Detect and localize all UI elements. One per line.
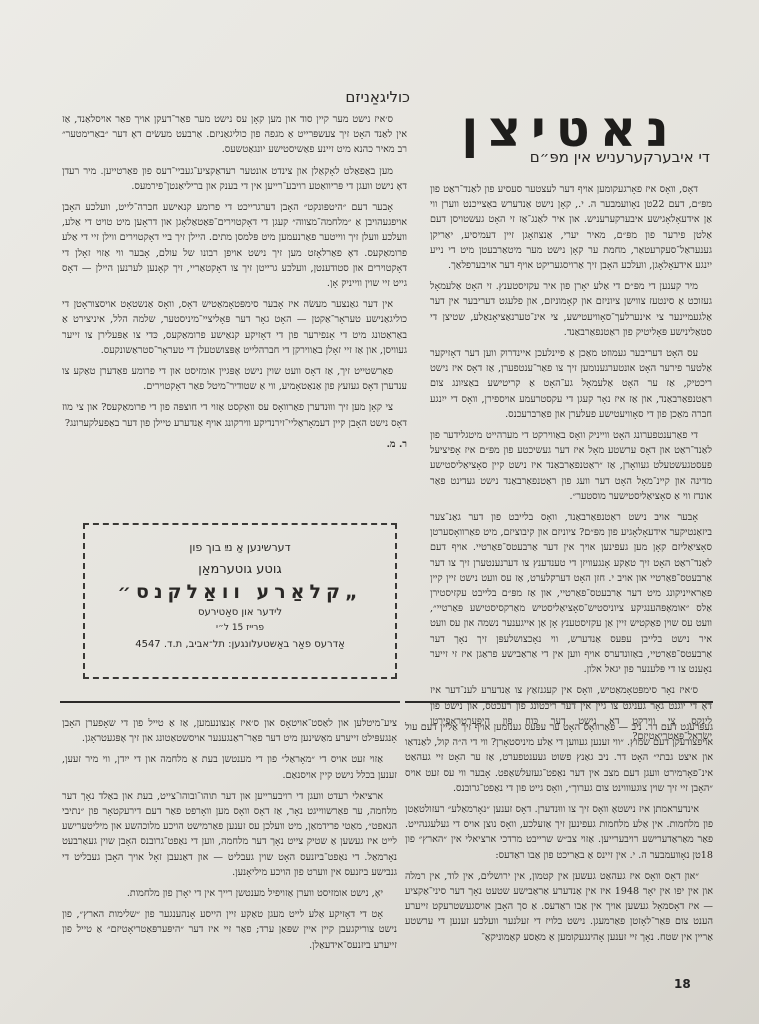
paragraph: אין דער גאַנצער מעשׂה איז אָבער סימפּטאָ… (62, 297, 407, 358)
paragraph: עס האָט דעריבער געמוזט מאַכן אַ פיינלעכן… (430, 346, 712, 422)
paragraph: די פאַרענטפערונג האָט ווייניק וואָס באַו… (430, 428, 712, 504)
ad-address: אַדרעס פאַר באַשטעלונגען: תל־אביב, ת.ד. … (85, 639, 395, 650)
paragraph: אַזוי זעט אויס די ״מאָראַל״ פון די מענטש… (62, 752, 397, 782)
ad-book-title: „קלאַרע וואַלקנס״ (85, 581, 395, 603)
ad-author: גוטע גוטערמאַן (85, 562, 395, 577)
paragraph: ארציאלי רעדט וועגן די רויבערייען און דער… (62, 789, 397, 880)
ad-subtitle: לידער און סאַטירעס (85, 607, 395, 618)
left-article-body: ס׳איז נישט מער קיין סוד און מען קאָן עס … (62, 112, 407, 458)
book-advertisement: דערשינען אַ נײַ בוך פון גוטע גוטערמאַן „… (83, 523, 397, 679)
paragraph: ציע־מיטלען און לאַסט־אויטאָס און ס׳איז א… (62, 716, 397, 746)
paragraph: דאָס, וואָס איז פאָרגעקומען אויף דער לעצ… (430, 182, 712, 273)
paragraph: ס׳איז נישט מער קיין סוד און מען קאָן עס … (62, 112, 407, 158)
paragraph: אָבער אויב נישט ראַטנפאַרבאַנד, וואָס בל… (430, 510, 712, 677)
bottom-left-column: ציע־מיטלען און לאַסט־אויטאָס און ס׳איז א… (62, 716, 397, 959)
paragraph: יאָ, נישט אומזיסט ווערן אַזויפיל מענטשן … (62, 886, 397, 901)
ad-announcement: דערשינען אַ נײַ בוך פון (85, 541, 395, 554)
paragraph: אָבער דעם ״היטפּונקט״ האָבן דערגרייכט די… (62, 200, 407, 291)
right-article-body: דאָס, וואָס איז פאָרגעקומען אויף דער לעצ… (430, 182, 712, 750)
section-divider (405, 701, 713, 703)
paragraph: פאַרשטייט זיך, אַז דאָס וועט שוין נישט א… (62, 364, 407, 394)
paragraph: מען באַפאַלט לאָקאַלן און צינדט אונטער ר… (62, 164, 407, 194)
paragraph: אָט די דאָזיקע אַלע לייט מעגן טאַקע זיין… (62, 907, 397, 953)
paragraph: צי קאָן מען זיך וווּנדערן פאַרוואָס עס ו… (62, 400, 407, 430)
ad-price: פרייז 15 ל״י (85, 623, 395, 633)
newspaper-page: נאטיצן די איבערקערעניש אין מפּ״ם דאָס, ו… (0, 0, 759, 1024)
column-heading: כוליגאַניזם (250, 88, 410, 106)
paragraph: געפּרעגט דעם דר. ניב — פאַרוואָס האָט ער… (405, 720, 713, 796)
paragraph: אינדעראמתן איז נישטאָ וואָס זיך צו וווּנ… (405, 802, 713, 863)
section-divider (60, 701, 400, 703)
bottom-right-column: געפּרעגט דעם דר. ניב — פאַרוואָס האָט ער… (405, 720, 713, 951)
article-subheading: די איבערקערעניש אין מפּ״ם (430, 148, 710, 166)
page-number: 18 (674, 977, 691, 991)
paragraph: מיר קענען די מפּ״ם די אַלע יאָרן פון איר… (430, 279, 712, 340)
paragraph: ״און דאָס וואָס איז געהאַט געשען אין קטמ… (405, 869, 713, 945)
author-signature: ר. מ. (62, 437, 407, 452)
